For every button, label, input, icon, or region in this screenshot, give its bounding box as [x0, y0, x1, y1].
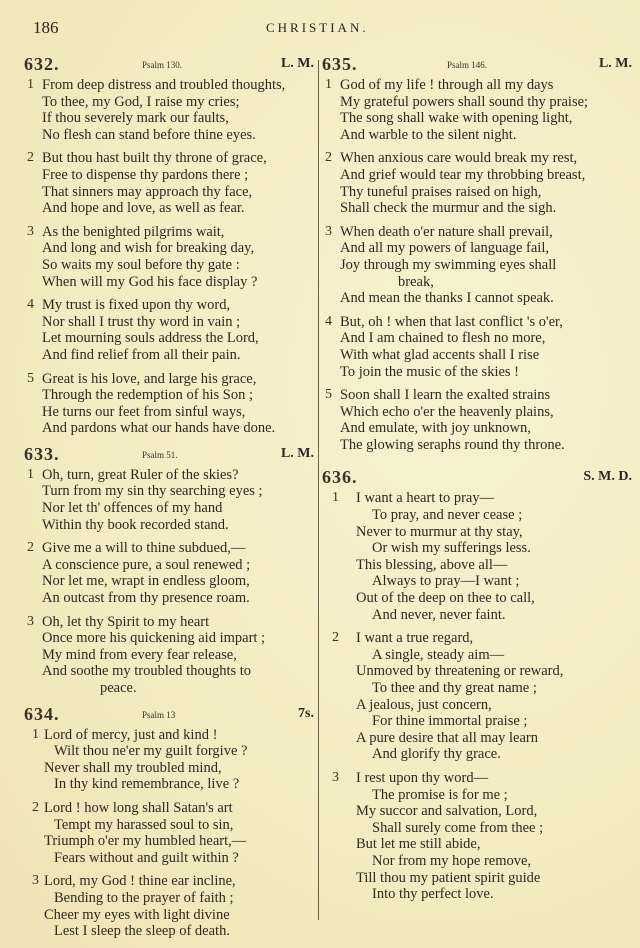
- verse-line: Triumph o'er my humbled heart,—: [24, 833, 316, 850]
- verse-line: Or wish my sufferings less.: [322, 540, 634, 557]
- verse-line: So waits my soul before thy gate :: [24, 257, 316, 274]
- stanza: 1God of my life ! through all my daysMy …: [322, 77, 634, 143]
- verse-line: Shall check the murmur and the sigh.: [322, 200, 634, 217]
- verse-line: Which echo o'er the heavenly plains,: [322, 404, 634, 421]
- verse-number: 4: [27, 297, 34, 313]
- verse-line: And warble to the silent night.: [322, 127, 634, 144]
- verse-line: Tempt my harassed soul to sin,: [24, 817, 316, 834]
- verse-line: And grief would tear my throbbing breast…: [322, 167, 634, 184]
- verse-line: When death o'er nature shall prevail,: [322, 224, 634, 241]
- verse-line: But, oh ! when that last conflict 's o'e…: [322, 314, 634, 331]
- verse-line: And all my powers of language fail,: [322, 240, 634, 257]
- hymn-number: 633.: [24, 444, 60, 465]
- verse-line: And mean the thanks I cannot speak.: [322, 290, 634, 307]
- hymn-meter: L. M.: [281, 56, 314, 72]
- verse-line: To thee, my God, I raise my cries;: [24, 94, 316, 111]
- verse-number: 2: [27, 150, 34, 166]
- verse-line: To pray, and never cease ;: [322, 507, 634, 524]
- hymn-number: 635.: [322, 54, 358, 75]
- verse-line: And long and wish for breaking day,: [24, 240, 316, 257]
- stanza: 4But, oh ! when that last conflict 's o'…: [322, 314, 634, 380]
- hymn: 633.Psalm 51.L. M.1Oh, turn, great Ruler…: [24, 444, 316, 697]
- column-divider: [318, 60, 319, 920]
- hymn-number: 634.: [24, 704, 60, 725]
- verse-line: This blessing, above all—: [322, 557, 634, 574]
- verse-number: 2: [325, 150, 332, 166]
- stanza: 5Great is his love, and large his grace,…: [24, 371, 316, 437]
- left-column: 632.Psalm 130.L. M.1From deep distress a…: [24, 54, 316, 947]
- hymn-number: 636.: [322, 467, 358, 488]
- verse-line: Oh, let thy Spirit to my heart: [24, 614, 316, 631]
- stanza: 3I rest upon thy word—The promise is for…: [322, 770, 634, 903]
- stanza: 3As the benighted pilgrims wait,And long…: [24, 224, 316, 290]
- verse-line: That sinners may approach thy face,: [24, 184, 316, 201]
- verse-line: And glorify thy grace.: [322, 746, 634, 763]
- verse-number: 2: [32, 800, 39, 816]
- verse-line: Free to dispense thy pardons there ;: [24, 167, 316, 184]
- verse-line: God of my life ! through all my days: [322, 77, 634, 94]
- hymn: 632.Psalm 130.L. M.1From deep distress a…: [24, 54, 316, 437]
- verse-line: From deep distress and troubled thoughts…: [24, 77, 316, 94]
- verse-number: 1: [27, 467, 34, 483]
- verse-line: To thee and thy great name ;: [322, 680, 634, 697]
- verse-line: Nor let th' offences of my hand: [24, 500, 316, 517]
- verse-line: A single, steady aim—: [322, 647, 634, 664]
- verse-line: The song shall wake with opening light,: [322, 110, 634, 127]
- running-title: CHRISTIAN.: [266, 20, 369, 36]
- psalm-reference: Psalm 146.: [447, 60, 487, 70]
- hymn: 636.S. M. D.1I want a heart to pray—To p…: [322, 467, 634, 902]
- verse-line: Oh, turn, great Ruler of the skies?: [24, 467, 316, 484]
- verse-line: When will my God his face display ?: [24, 274, 316, 291]
- verse-line: Always to pray—I want ;: [322, 573, 634, 590]
- stanza: 1Lord of mercy, just and kind !Wilt thou…: [24, 727, 316, 793]
- verse-line: Into thy perfect love.: [322, 886, 634, 903]
- verse-line: With what glad accents shall I rise: [322, 347, 634, 364]
- stanza: 3When death o'er nature shall prevail,An…: [322, 224, 634, 307]
- hymn-meter: L. M.: [281, 446, 314, 462]
- verse-line: A conscience pure, a soul renewed ;: [24, 557, 316, 574]
- verse-number: 1: [32, 727, 39, 743]
- verse-line: I want a true regard,: [322, 630, 634, 647]
- verse-number: 2: [27, 540, 34, 556]
- verse-line: My trust is fixed upon thy word,: [24, 297, 316, 314]
- verse-line: And find relief from all their pain.: [24, 347, 316, 364]
- verse-line: Never to murmur at thy stay,: [322, 524, 634, 541]
- verse-line: Great is his love, and large his grace,: [24, 371, 316, 388]
- verse-line: But thou hast built thy throne of grace,: [24, 150, 316, 167]
- verse-line: And pardons what our hands have done.: [24, 420, 316, 437]
- verse-line: And never, never faint.: [322, 607, 634, 624]
- stanza: 2I want a true regard,A single, steady a…: [322, 630, 634, 763]
- verse-line: To join the music of the skies !: [322, 364, 634, 381]
- verse-number: 4: [325, 314, 332, 330]
- verse-line: He turns our feet from sinful ways,: [24, 404, 316, 421]
- verse-line: My succor and salvation, Lord,: [322, 803, 634, 820]
- page-header: 186 CHRISTIAN.: [0, 18, 640, 42]
- verse-line: And I am chained to flesh no more,: [322, 330, 634, 347]
- verse-number: 3: [332, 770, 339, 786]
- verse-line: break,: [322, 274, 634, 291]
- stanza: 1I want a heart to pray—To pray, and nev…: [322, 490, 634, 623]
- stanza: 3Oh, let thy Spirit to my heartOnce more…: [24, 614, 316, 697]
- verse-line: The promise is for me ;: [322, 787, 634, 804]
- hymn-meter: S. M. D.: [583, 469, 632, 485]
- stanza: 5Soon shall I learn the exalted strainsW…: [322, 387, 634, 453]
- stanza: 2But thou hast built thy throne of grace…: [24, 150, 316, 216]
- verse-line: Bending to the prayer of faith ;: [24, 890, 316, 907]
- hymn-meter: L. M.: [599, 56, 632, 72]
- verse-number: 3: [27, 224, 34, 240]
- stanza: 2Give me a will to thine subdued,—A cons…: [24, 540, 316, 606]
- stanza: 2When anxious care would break my rest,A…: [322, 150, 634, 216]
- verse-line: Out of the deep on thee to call,: [322, 590, 634, 607]
- verse-number: 5: [325, 387, 332, 403]
- hymn: 635.Psalm 146.L. M.1God of my life ! thr…: [322, 54, 634, 453]
- verse-number: 1: [332, 490, 339, 506]
- psalm-reference: Psalm 130.: [142, 60, 182, 70]
- verse-line: Let mourning souls address the Lord,: [24, 330, 316, 347]
- verse-number: 1: [325, 77, 332, 93]
- verse-line: My grateful powers shall sound thy prais…: [322, 94, 634, 111]
- verse-line: Fears without and guilt within ?: [24, 850, 316, 867]
- verse-line: Lord, my God ! thine ear incline,: [24, 873, 316, 890]
- verse-line: No flesh can stand before thine eyes.: [24, 127, 316, 144]
- stanza: 1Oh, turn, great Ruler of the skies?Turn…: [24, 467, 316, 533]
- verse-line: If thou severely mark our faults,: [24, 110, 316, 127]
- hymn-number: 632.: [24, 54, 60, 75]
- verse-line: I want a heart to pray—: [322, 490, 634, 507]
- verse-line: Lord of mercy, just and kind !: [24, 727, 316, 744]
- right-column: 635.Psalm 146.L. M.1God of my life ! thr…: [322, 54, 634, 910]
- verse-line: Give me a will to thine subdued,—: [24, 540, 316, 557]
- psalm-reference: Psalm 13: [142, 710, 175, 720]
- verse-number: 2: [332, 630, 339, 646]
- hymn-header: 633.Psalm 51.L. M.: [24, 444, 316, 466]
- psalm-reference: Psalm 51.: [142, 450, 178, 460]
- verse-line: The glowing seraphs round thy throne.: [322, 437, 634, 454]
- verse-line: Within thy book recorded stand.: [24, 517, 316, 534]
- verse-line: Turn from my sin thy searching eyes ;: [24, 483, 316, 500]
- verse-number: 3: [325, 224, 332, 240]
- stanza: 3Lord, my God ! thine ear incline,Bendin…: [24, 873, 316, 939]
- verse-line: Nor let me, wrapt in endless gloom,: [24, 573, 316, 590]
- verse-line: Through the redemption of his Son ;: [24, 387, 316, 404]
- verse-line: Once more his quickening aid impart ;: [24, 630, 316, 647]
- verse-line: As the benighted pilgrims wait,: [24, 224, 316, 241]
- verse-line: When anxious care would break my rest,: [322, 150, 634, 167]
- verse-line: My mind from every fear release,: [24, 647, 316, 664]
- verse-line: Till thou my patient spirit guide: [322, 870, 634, 887]
- verse-line: Thy tuneful praises raised on high,: [322, 184, 634, 201]
- verse-line: A jealous, just concern,: [322, 697, 634, 714]
- verse-number: 3: [32, 873, 39, 889]
- verse-line: peace.: [24, 680, 316, 697]
- verse-line: Shall surely come from thee ;: [322, 820, 634, 837]
- verse-line: And soothe my troubled thoughts to: [24, 663, 316, 680]
- hymn-meter: 7s.: [298, 706, 314, 722]
- verse-line: Wilt thou ne'er my guilt forgive ?: [24, 743, 316, 760]
- verse-line: For thine immortal praise ;: [322, 713, 634, 730]
- page-number: 186: [33, 18, 59, 38]
- hymn: 634.Psalm 137s.1Lord of mercy, just and …: [24, 704, 316, 940]
- hymn-header: 632.Psalm 130.L. M.: [24, 54, 316, 76]
- verse-line: Cheer my eyes with light divine: [24, 907, 316, 924]
- verse-number: 5: [27, 371, 34, 387]
- verse-line: Joy through my swimming eyes shall: [322, 257, 634, 274]
- stanza: 4My trust is fixed upon thy word,Nor sha…: [24, 297, 316, 363]
- verse-line: Soon shall I learn the exalted strains: [322, 387, 634, 404]
- verse-line: Nor from my hope remove,: [322, 853, 634, 870]
- verse-line: Unmoved by threatening or reward,: [322, 663, 634, 680]
- verse-line: An outcast from thy presence roam.: [24, 590, 316, 607]
- verse-line: Lord ! how long shall Satan's art: [24, 800, 316, 817]
- hymn-header: 636.S. M. D.: [322, 467, 634, 489]
- verse-line: And hope and love, as well as fear.: [24, 200, 316, 217]
- verse-line: But let me still abide,: [322, 836, 634, 853]
- verse-number: 3: [27, 614, 34, 630]
- verse-number: 1: [27, 77, 34, 93]
- hymn-header: 635.Psalm 146.L. M.: [322, 54, 634, 76]
- verse-line: Never shall my troubled mind,: [24, 760, 316, 777]
- verse-line: I rest upon thy word—: [322, 770, 634, 787]
- stanza: 2Lord ! how long shall Satan's artTempt …: [24, 800, 316, 866]
- stanza: 1From deep distress and troubled thought…: [24, 77, 316, 143]
- verse-line: Lest I sleep the sleep of death.: [24, 923, 316, 940]
- hymn-header: 634.Psalm 137s.: [24, 704, 316, 726]
- verse-line: In thy kind remembrance, live ?: [24, 776, 316, 793]
- verse-line: A pure desire that all may learn: [322, 730, 634, 747]
- verse-line: Nor shall I trust thy word in vain ;: [24, 314, 316, 331]
- verse-line: And emulate, with joy unknown,: [322, 420, 634, 437]
